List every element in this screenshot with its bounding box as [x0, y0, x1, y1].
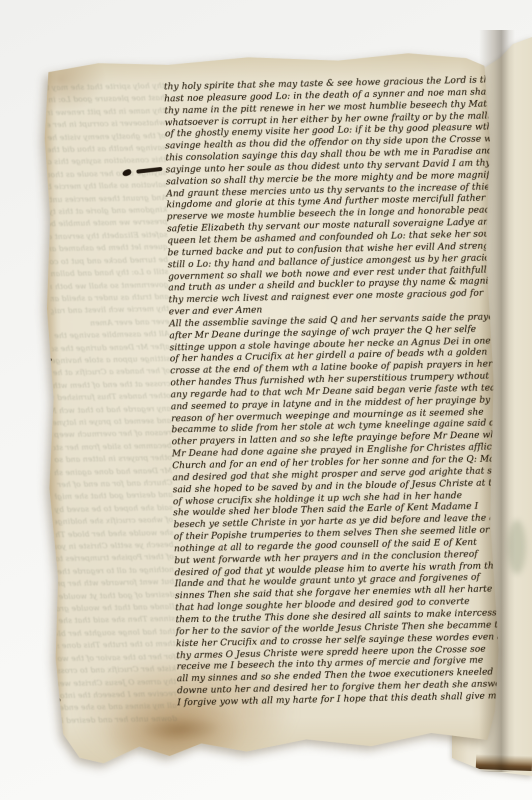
edge-speck: [48, 536, 51, 540]
verso-showthrough-text: thy holy spirite that she may taste & se…: [47, 80, 177, 724]
manuscript-paper: thy holy spirite that she may taste & se…: [38, 50, 504, 773]
manuscript-page: thy holy spirite that she may taste & se…: [38, 50, 504, 773]
edge-speck: [56, 698, 60, 702]
edge-speck: [48, 358, 52, 361]
showthrough-paragraph-2: All the assemblie savinge the said Q and…: [51, 328, 177, 724]
edge-speck: [39, 170, 45, 177]
gutter-shadow: [479, 30, 515, 772]
showthrough-paragraph-1: thy holy spirite that she may taste & se…: [47, 80, 170, 330]
prayer-paragraph: thy holy spirite that she may taste & se…: [164, 75, 497, 319]
handwritten-text-block: thy holy spirite that she may taste & se…: [164, 75, 506, 710]
edge-speck: [41, 98, 44, 101]
manuscript-photo: thy holy spirite that she may taste & se…: [0, 0, 532, 800]
narrative-paragraph: All the assemblie savinge the said Q and…: [169, 312, 505, 710]
